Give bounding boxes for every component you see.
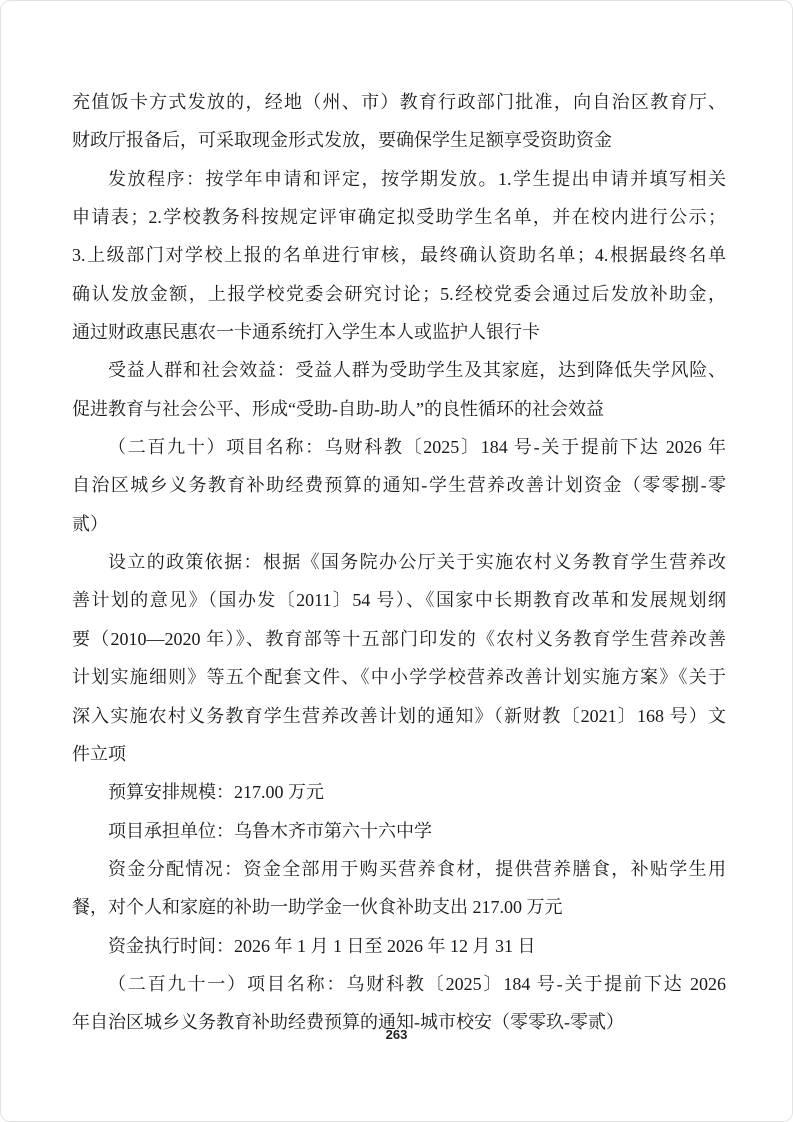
- text-line: （二百九十一）项目名称：乌财科教〔2025〕184 号-关于提前下达 2026: [72, 965, 726, 1003]
- text-line: 计划实施细则》等五个配套文件、《中小学学校营养改善计划实施方案》《关于: [72, 658, 726, 696]
- text-line: 受益人群和社会效益：受益人群为受助学生及其家庭，达到降低失学风险、: [72, 351, 726, 389]
- text-line: 自治区城乡义务教育补助经费预算的通知-学生营养改善计划资金（零零捌-零: [72, 466, 726, 504]
- document-page: 充值饭卡方式发放的，经地（州、市）教育行政部门批准，向自治区教育厅、 财政厅报备…: [0, 0, 793, 1122]
- text-line: 申请表；2.学校教务科按规定评审确定拟受助学生名单，并在校内进行公示；: [72, 198, 726, 236]
- text-line: 财政厅报备后，可采取现金形式发放，要确保学生足额享受资助资金: [72, 121, 726, 159]
- text-line: 确认发放金额，上报学校党委会研究讨论；5.经校党委会通过后发放补助金，: [72, 275, 726, 313]
- text-line: 设立的政策依据：根据《国务院办公厅关于实施农村义务教育学生营养改: [72, 543, 726, 581]
- text-line: 预算安排规模：217.00 万元: [72, 773, 726, 811]
- text-line: 发放程序：按学年申请和评定，按学期发放。1.学生提出申请并填写相关: [72, 160, 726, 198]
- text-line: 要（2010—2020 年）》、教育部等十五部门印发的《农村义务教育学生营养改善: [72, 620, 726, 658]
- text-line: 资金分配情况：资金全部用于购买营养食材，提供营养膳食，补贴学生用: [72, 850, 726, 888]
- text-line: 3.上级部门对学校上报的名单进行审核，最终确认资助名单；4.根据最终名单: [72, 236, 726, 274]
- text-line: 善计划的意见》（国办发〔2011〕54 号）、《国家中长期教育改革和发展规划纲: [72, 581, 726, 619]
- text-line: 通过财政惠民惠农一卡通系统打入学生本人或监护人银行卡: [72, 313, 726, 351]
- text-line: 餐，对个人和家庭的补助一助学金一伙食补助支出 217.00 万元: [72, 888, 726, 926]
- text-line: 充值饭卡方式发放的，经地（州、市）教育行政部门批准，向自治区教育厅、: [72, 83, 726, 121]
- text-line: 促进教育与社会公平、形成“受助-自助-助人”的良性循环的社会效益: [72, 390, 726, 428]
- text-line: 资金执行时间：2026 年 1 月 1 日至 2026 年 12 月 31 日: [72, 927, 726, 965]
- text-line: 贰）: [72, 505, 726, 543]
- text-line: 件立项: [72, 735, 726, 773]
- text-line: （二百九十）项目名称：乌财科教〔2025〕184 号-关于提前下达 2026 年: [72, 428, 726, 466]
- page-number: 263: [1, 1027, 792, 1042]
- text-line: 深入实施农村义务教育学生营养改善计划的通知》（新财教〔2021〕168 号）文: [72, 697, 726, 735]
- document-body: 充值饭卡方式发放的，经地（州、市）教育行政部门批准，向自治区教育厅、 财政厅报备…: [72, 83, 726, 1042]
- text-line: 项目承担单位：乌鲁木齐市第六十六中学: [72, 812, 726, 850]
